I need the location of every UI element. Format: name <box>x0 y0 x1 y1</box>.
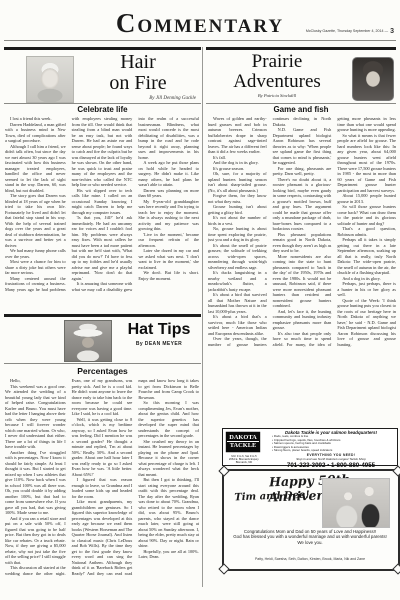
list-item: Strong fluoro, planer boards, speed indi… <box>272 449 395 453</box>
hat-tips-header-rule <box>4 363 201 364</box>
prairie-adventures-header-rule <box>206 103 396 104</box>
prairie-adventures-title-line1: Prairie <box>210 52 344 72</box>
celebrate-life-subhead: Celebrate life <box>4 105 201 114</box>
hat-tips-top-rule <box>4 314 201 317</box>
corner-ornament <box>218 563 229 574</box>
list-item: It's about the smell of prairie grasses;… <box>208 243 267 271</box>
dakota-tackle-tagline: Stop in and see North Dakota's Largest T… <box>267 457 395 461</box>
dateline: McClusky Gazette, Thursday September 4, … <box>306 28 394 35</box>
list-item: Grouse hunting isn't about getting a gli… <box>208 204 267 215</box>
prairie-adventures-title-line2: Adventures <box>210 72 344 92</box>
list-item: Quote of the Week: 'I think grouse hunti… <box>337 298 396 348</box>
anniversary-family-names: Patty, Heidi, Saesha, Seth, Dalton, Kirs… <box>230 557 390 561</box>
list-item: It's ducks languishing in a nearby wetla… <box>208 270 267 292</box>
list-item: No, grouse hunting is about time spent e… <box>208 226 267 243</box>
anniversary-ad[interactable]: Happy 50th Anniversary Tim and Dee! Cong… <box>222 469 400 571</box>
list-item: She crushed my theory in an instant. He … <box>138 439 199 478</box>
dakota-tackle-logo: DAKOTA TACKLE <box>225 431 261 453</box>
hair-on-fire-byline: By Jill Denning Gackle <box>78 96 196 101</box>
list-item: His wit slipped over to tech calls like … <box>72 188 133 216</box>
list-item: And if you ran a retail store and put on… <box>5 516 66 566</box>
hat-tips-title: Hat Tips <box>116 321 202 339</box>
list-item: Well, it was getting close to 8 o'clock,… <box>72 417 133 478</box>
list-item: Darren Haddeland, a man gifted with a bu… <box>5 122 66 144</box>
list-item: So what it means is that fewer people ar… <box>337 133 396 194</box>
list-item: Perhaps all it takes is simply getting o… <box>337 237 396 276</box>
dakota-tackle-logo-line1: DAKOTA <box>225 434 261 441</box>
dean-meyer-photo <box>64 320 112 362</box>
percentages-body: Hello,This weekend was a good one. We at… <box>5 378 199 586</box>
list-item: That's a good question, Robinson admits. <box>337 226 396 237</box>
newspaper-page: Commentary McClusky Gazette, Thursday Se… <box>0 0 400 600</box>
list-item: Forgive them, for they know not what the… <box>208 193 267 204</box>
list-item: And, let's face it, the hunting communit… <box>273 309 332 331</box>
list-item: So will those grouse hunters come back? … <box>337 204 396 226</box>
column-divider-rule <box>202 47 203 587</box>
dateline-text: McClusky Gazette, Thursday September 4, … <box>306 29 388 33</box>
dakota-tackle-phone: 701-223-3092 • 1-800-880-4955 <box>267 462 395 469</box>
list-item: I figured that was reason enough to leav… <box>72 477 133 499</box>
hair-on-fire-title-line1: Hair <box>78 52 198 73</box>
list-item: 'Is that you, Jill?' he'd ask immediatel… <box>72 215 133 281</box>
right-block-top-rule <box>206 47 396 50</box>
list-item: But then I got to thinking, I'll start r… <box>138 477 199 549</box>
list-item: The story goes that Darren was blinded a… <box>5 193 66 248</box>
patricia-stockdill-photo <box>352 57 394 101</box>
list-item: Oh, sure, for a majority of upland hunte… <box>208 171 267 193</box>
list-item: We don't. But life is short. Enjoy the m… <box>138 270 199 281</box>
list-item: It's not about the number of birds in a … <box>208 215 267 226</box>
game-and-fish-body: Waves of golden and earthy-hued grasses … <box>208 116 396 424</box>
page-number: 3 <box>390 28 394 35</box>
dakota-tackle-bullet-list: Rods, reels, combos & lineCrippled herri… <box>267 435 395 453</box>
dakota-tackle-ad[interactable]: DAKOTA TACKLE M-F 9 to 6, Sat 9 to 52664… <box>222 428 398 466</box>
list-item: My 8-year-old granddaughter was here rec… <box>138 199 199 232</box>
list-item: Most were a chance for him to share a di… <box>5 259 66 276</box>
hair-on-fire-title: Hair on Fire <box>78 52 198 94</box>
list-item: Hopefully, you are all at 100%. Later, D… <box>138 549 199 560</box>
anniversary-couple-photo <box>322 478 390 528</box>
list-item: Although I call him a friend, we didn't … <box>5 144 66 194</box>
list-item: We had many funny phone calls over the y… <box>5 248 66 259</box>
corner-ornament <box>392 563 400 574</box>
list-item: About 15,000 people hunted grouse in 201… <box>337 193 396 204</box>
masthead-rule <box>4 40 396 41</box>
list-item: More nonresidents are also coming into t… <box>273 254 332 309</box>
list-item: This weekend was a good one. We attended… <box>5 384 66 450</box>
dakota-tackle-ad-content: Dakota Tackle is your salmon headquarter… <box>267 430 395 469</box>
list-item: A week ago he put those plans on hold wh… <box>138 160 199 188</box>
game-and-fish-subhead: Game and fish <box>206 105 396 114</box>
anniversary-message: Congratulations Mom and Dad on 50 years … <box>228 529 392 545</box>
list-item: So this morning I was complimenting Jes,… <box>138 400 199 439</box>
dakota-tackle-logo-line2: TACKLE <box>227 441 259 449</box>
list-item: 'Live in the moment,' became our frequen… <box>138 232 199 249</box>
list-item: Plus pheasant populations remain good in… <box>273 232 332 254</box>
list-item: Another thing I've struggled with is per… <box>5 450 66 516</box>
prairie-adventures-title: Prairie Adventures <box>210 52 344 92</box>
hair-on-fire-header-rule <box>4 103 201 104</box>
percentages-subhead: Percentages <box>4 366 201 376</box>
list-item: Perhaps, just perhaps, there is a hunter… <box>337 281 396 298</box>
list-item: Darren was planning on more than 60 year… <box>138 188 199 199</box>
jill-denning-gackle-photo <box>26 56 74 103</box>
list-item: Later she dozed in my car and we asked w… <box>138 248 199 270</box>
left-block-top-rule <box>4 47 201 50</box>
list-item: There's no doubt about it, a rooster phe… <box>273 177 332 232</box>
list-item: N.D. Game and Fish Department upland bio… <box>273 127 332 166</box>
list-item: Bismarck, ND <box>224 461 264 464</box>
list-item: It's about a bird that survived all that… <box>208 292 267 314</box>
celebrate-life-body: I lost a friend this week.Darren Haddela… <box>5 116 199 310</box>
hat-tips-byline: By DEAN MEYER <box>116 341 202 347</box>
list-item: It's about a bird that's a survivor, muc… <box>208 314 267 336</box>
prairie-adventures-byline: By Patricia Stockdill <box>210 93 344 98</box>
list-item: Waves of golden and earthy-hued grasses … <box>208 116 267 155</box>
dakota-tackle-address: M-F 9 to 6, Sat 9 to 52664 E. Bismarck E… <box>224 455 264 464</box>
list-item: For one thing, pheasants are pretty. Dar… <box>273 166 332 177</box>
list-item: And the dog is in its glory. <box>208 160 267 166</box>
list-item: We love you. <box>228 540 392 545</box>
hair-on-fire-title-line2: on Fire <box>78 73 198 94</box>
